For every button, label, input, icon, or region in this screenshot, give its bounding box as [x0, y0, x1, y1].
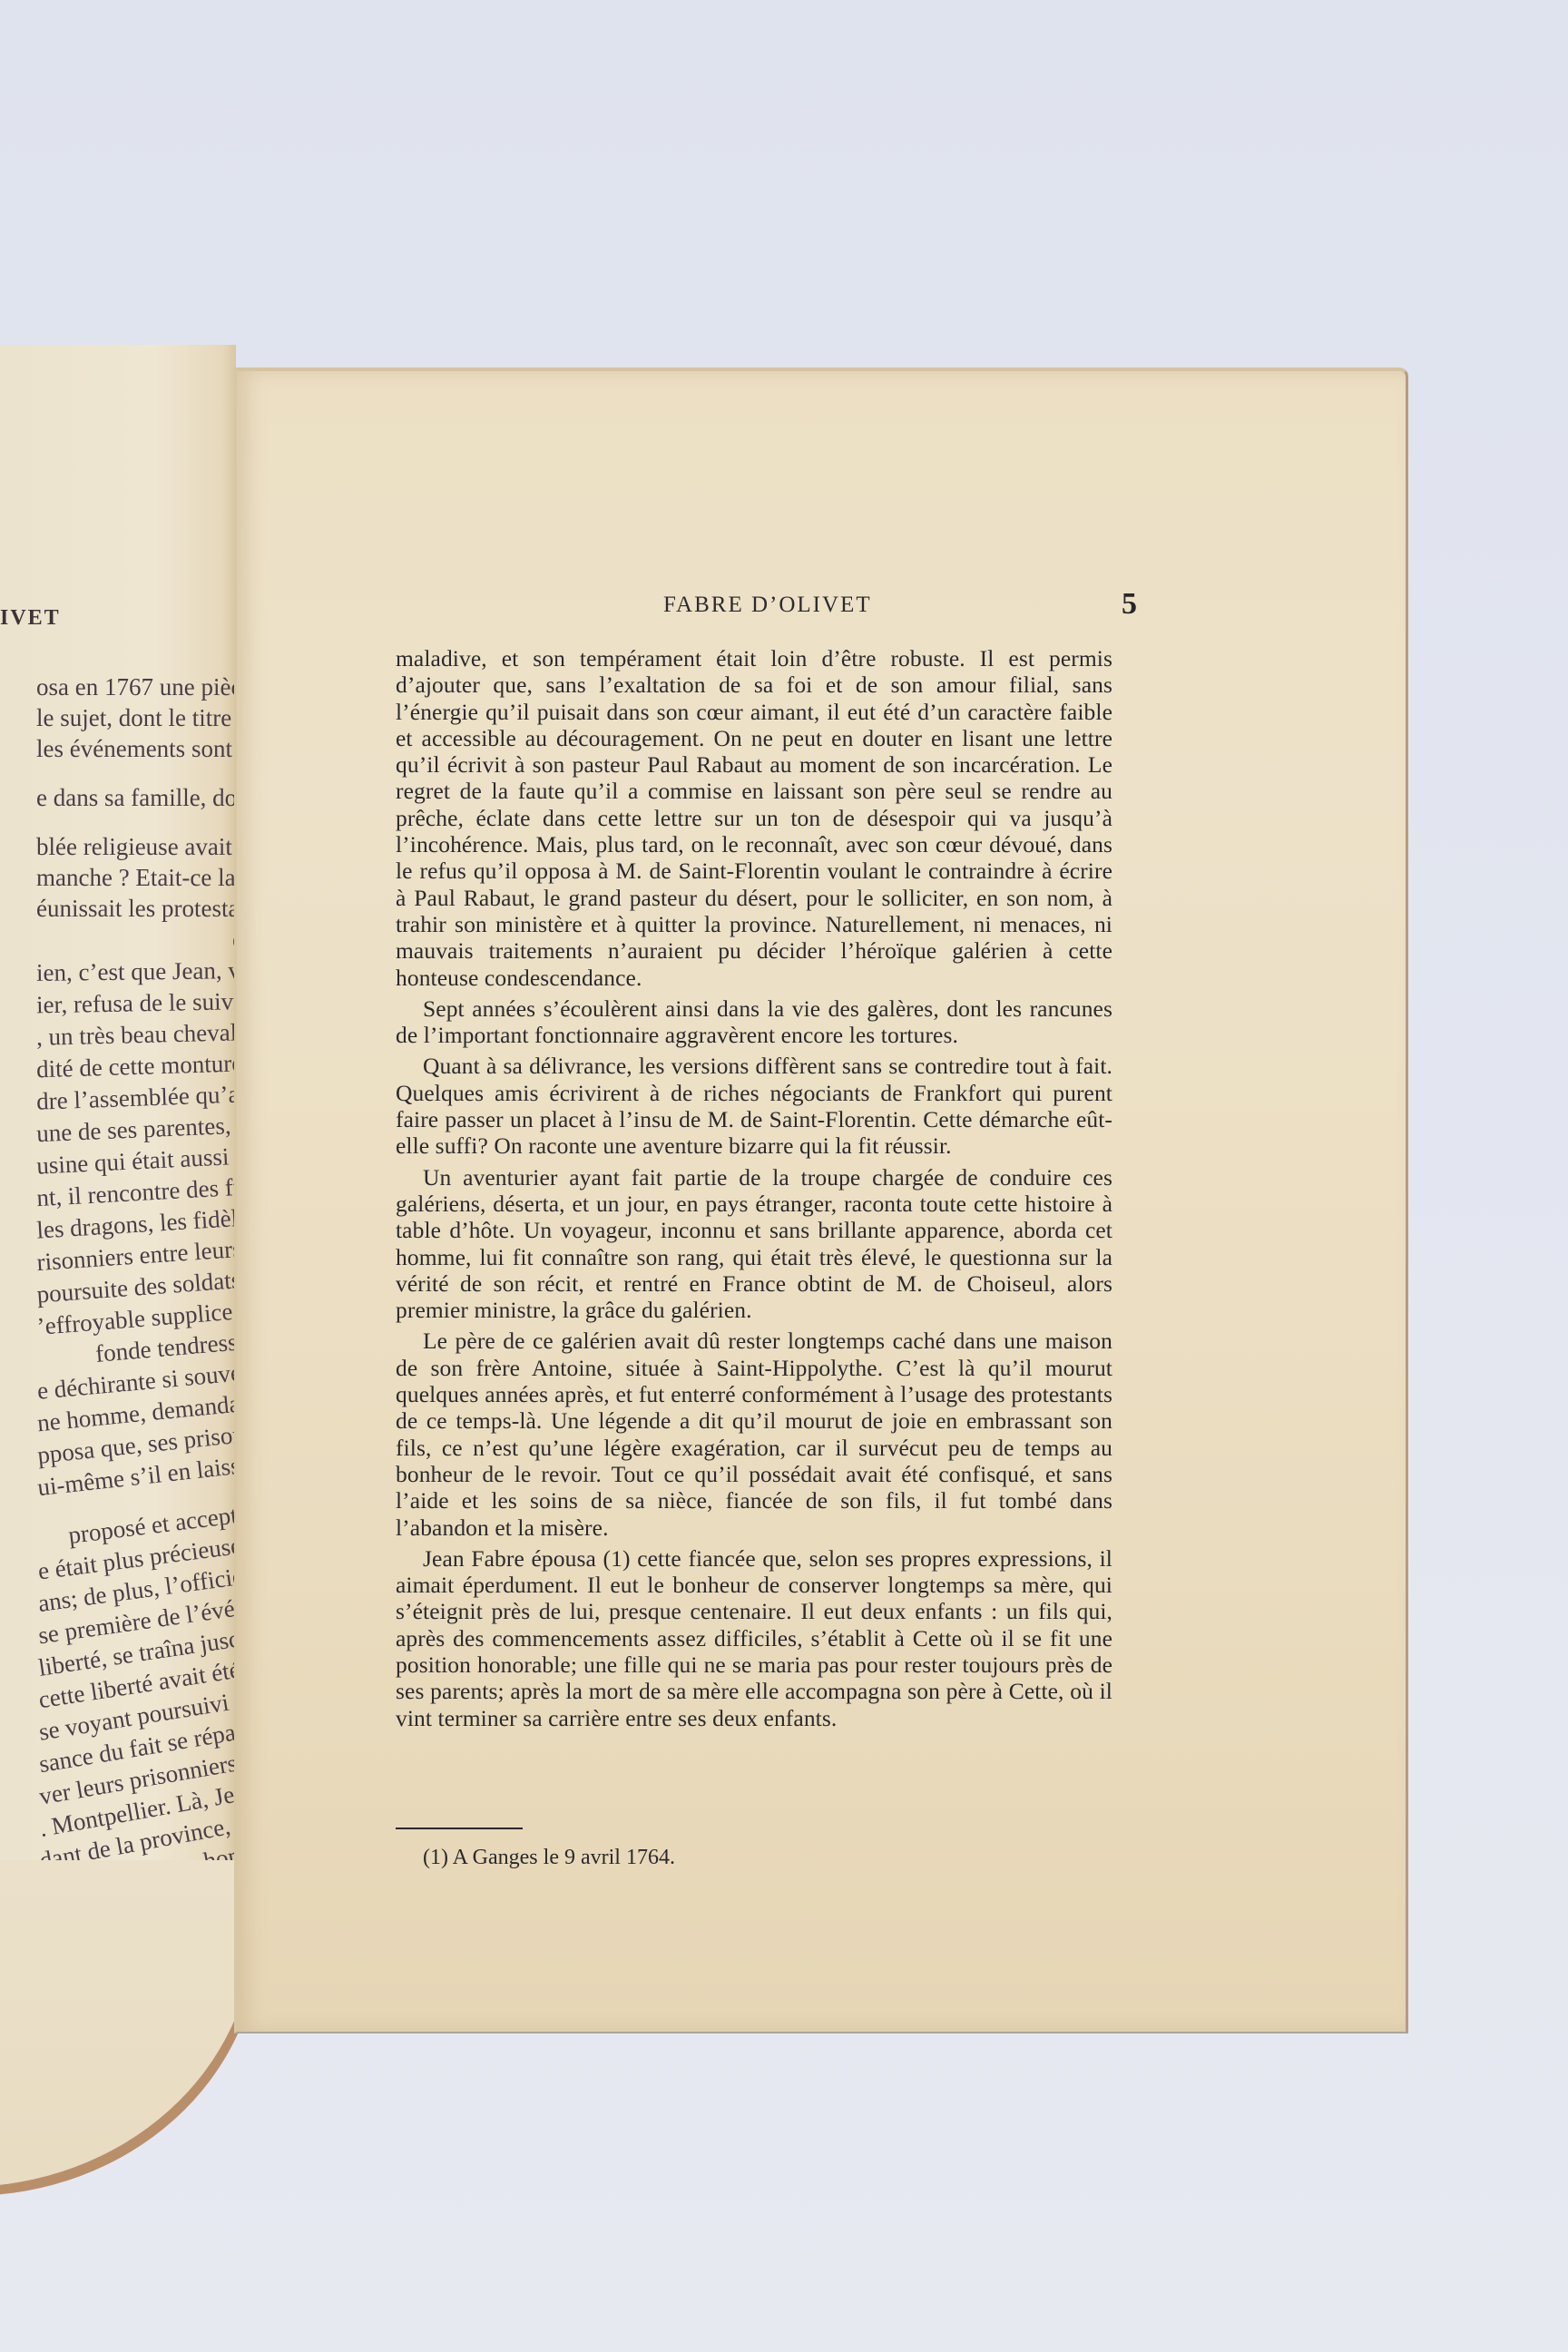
footnote-rule: [396, 1828, 523, 1829]
left-page-line: éunissait les protestants de: [36, 893, 236, 924]
body-text: maladive, et son tempérament était loin …: [396, 645, 1112, 1736]
left-running-title: IVET: [0, 606, 61, 631]
paragraph: Quant à sa délivrance, les versions diff…: [396, 1053, 1112, 1159]
right-page: FABRE D’OLIVET 5 maladive, et son tempér…: [234, 367, 1408, 2033]
left-page-line: , un très beau cheval lui avait: [36, 1016, 236, 1053]
left-page-line: osa en 1767 une pièce de: [36, 671, 236, 702]
left-page: IVET osa en 1767 une pièce de le sujet, …: [0, 345, 236, 1906]
paragraph: maladive, et son tempérament était loin …: [396, 645, 1112, 991]
left-page-line: manche ? Etait-ce la solennité: [36, 862, 236, 893]
page-number: 5: [1122, 587, 1137, 622]
paragraph: Jean Fabre épousa (1) cette fiancée que,…: [396, 1545, 1112, 1731]
paragraph: Le père de ce galérien avait dû rester l…: [396, 1328, 1112, 1540]
left-page-line: les événements sont de pures: [36, 733, 236, 764]
left-page-line: e?: [36, 924, 236, 955]
running-title: FABRE D’OLIVET: [663, 593, 872, 618]
paragraph: Un aventurier ayant fait partie de la tr…: [396, 1164, 1112, 1324]
footnote: (1) A Ganges le 9 avril 1764.: [423, 1846, 675, 1870]
left-page-line: e dans sa famille, donne seule: [36, 782, 236, 813]
left-page-line: ien, c’est que Jean, vivement: [36, 955, 236, 988]
left-page-curl: [0, 1860, 254, 2187]
left-page-line: ier, refusa de le suivre immé-: [36, 985, 236, 1020]
paragraph: Sept années s’écoulèrent ainsi dans la v…: [396, 995, 1112, 1049]
left-page-line: blée religieuse avait lieu au: [36, 831, 236, 862]
left-page-line: le sujet, dont le titre devint: [36, 702, 236, 733]
book-photo: IVET osa en 1767 une pièce de le sujet, …: [0, 0, 1568, 2352]
